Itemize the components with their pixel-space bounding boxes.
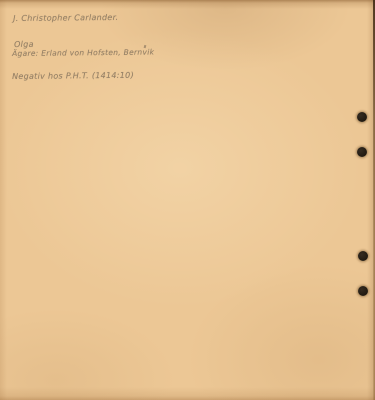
handwritten-name-line: J. Christopher Carlander. — [13, 13, 118, 23]
handwritten-owner-line: Ägare: Erland von Hofsten, Bernvik — [12, 48, 154, 58]
handwritten-negative-line: Negativ hos P.H.T. (1414:10) — [12, 71, 134, 81]
punch-hole — [358, 251, 368, 261]
handwritten-title-line: Olga — [14, 40, 34, 49]
album-page-scan: J. Christopher Carlander. Olga Ägare: Er… — [0, 0, 375, 400]
punch-hole — [357, 112, 367, 122]
punch-hole — [357, 147, 367, 157]
punch-hole — [358, 286, 368, 296]
